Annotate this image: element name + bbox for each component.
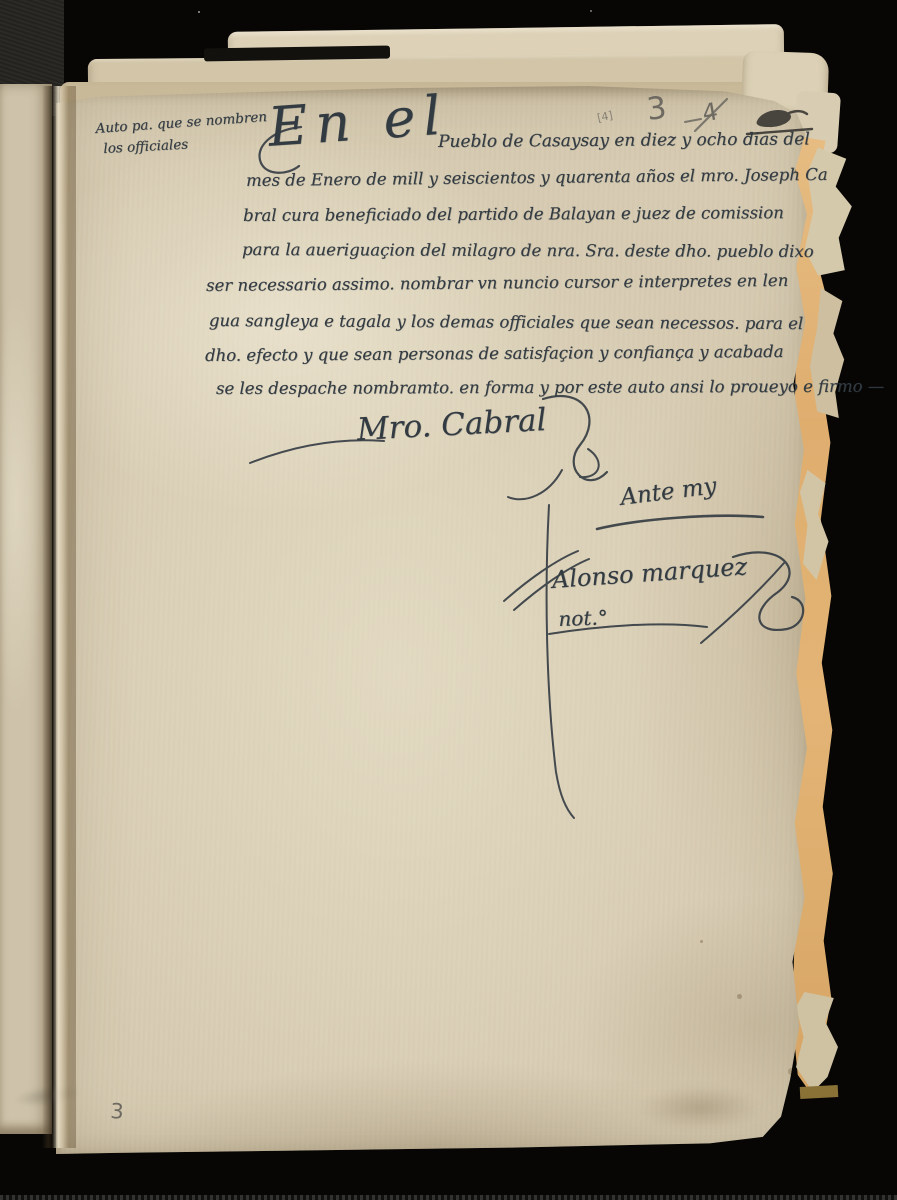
dust-speck (198, 11, 200, 13)
body-line-8: se les despache nombramto. en forma y po… (216, 377, 884, 398)
body-line-7: dho. efecto y que sean personas de satis… (205, 342, 784, 365)
manuscript-scan: [4] 3 4 Auto pa. que se nombren los offi… (0, 0, 897, 1200)
body-line-6: gua sangleya e tagala y los demas offici… (209, 311, 803, 333)
facing-page (0, 84, 52, 1134)
body-line-4: para la aueriguaçion del milagro de nra.… (242, 240, 814, 261)
stain (640, 1086, 760, 1130)
folio-number-top: 3 (645, 90, 668, 128)
scanner-edge-strip (0, 1195, 897, 1200)
foxing-specks (700, 940, 703, 943)
notary-title: not.° (558, 605, 608, 631)
body-line-1: Pueblo de Casaysay en diez y ocho dias d… (438, 129, 810, 152)
body-line-3: bral cura beneficiado del partido de Bal… (243, 203, 784, 225)
opening-words: En el (266, 83, 451, 158)
dust-speck (590, 10, 592, 12)
folio-number-bottom: 3 (110, 1099, 125, 1124)
torn-paper-fragment (800, 1085, 839, 1099)
